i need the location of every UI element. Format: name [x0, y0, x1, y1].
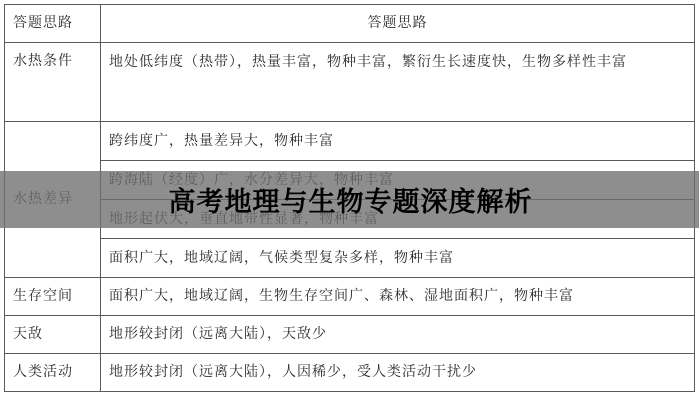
row-label-human-activity: 人类活动 [5, 354, 101, 392]
banner-title: 高考地理与生物专题深度解析 [169, 180, 533, 219]
page: 答题思路 答题思路 水热条件 地处低纬度（热带），热量丰富，物种丰富，繁衍生长速… [0, 0, 699, 400]
row-content-water-heat-difference-4: 面积广大，地域辽阔，气候类型复杂多样，物种丰富 [101, 239, 695, 278]
row-content-living-space: 面积广大，地域辽阔，生物生存空间广、森林、湿地面积广，物种丰富 [101, 278, 695, 316]
row-label-natural-enemies: 天敌 [5, 316, 101, 354]
row-content-water-heat-condition: 地处低纬度（热带），热量丰富，物种丰富，繁衍生长速度快，生物多样性丰富 [101, 43, 695, 122]
row-label-water-heat-condition: 水热条件 [5, 43, 101, 122]
title-banner: 高考地理与生物专题深度解析 [0, 171, 699, 228]
table-row: 水热差异 跨纬度广，热量差异大，物种丰富 [5, 122, 695, 161]
table-header-row: 答题思路 答题思路 [5, 5, 695, 43]
table-row: 面积广大，地域辽阔，气候类型复杂多样，物种丰富 [5, 239, 695, 278]
row-content-human-activity: 地形较封闭（远离大陆），人因稀少，受人类活动干扰少 [101, 354, 695, 392]
row-content-natural-enemies: 地形较封闭（远离大陆），天敌少 [101, 316, 695, 354]
header-cell-approach: 答题思路 [101, 5, 695, 43]
header-cell-category: 答题思路 [5, 5, 101, 43]
table-row: 生存空间 面积广大，地域辽阔，生物生存空间广、森林、湿地面积广，物种丰富 [5, 278, 695, 316]
row-content-water-heat-difference-1: 跨纬度广，热量差异大，物种丰富 [101, 122, 695, 161]
table-row: 天敌 地形较封闭（远离大陆），天敌少 [5, 316, 695, 354]
table-row: 人类活动 地形较封闭（远离大陆），人因稀少，受人类活动干扰少 [5, 354, 695, 392]
table-row: 水热条件 地处低纬度（热带），热量丰富，物种丰富，繁衍生长速度快，生物多样性丰富 [5, 43, 695, 122]
row-label-living-space: 生存空间 [5, 278, 101, 316]
